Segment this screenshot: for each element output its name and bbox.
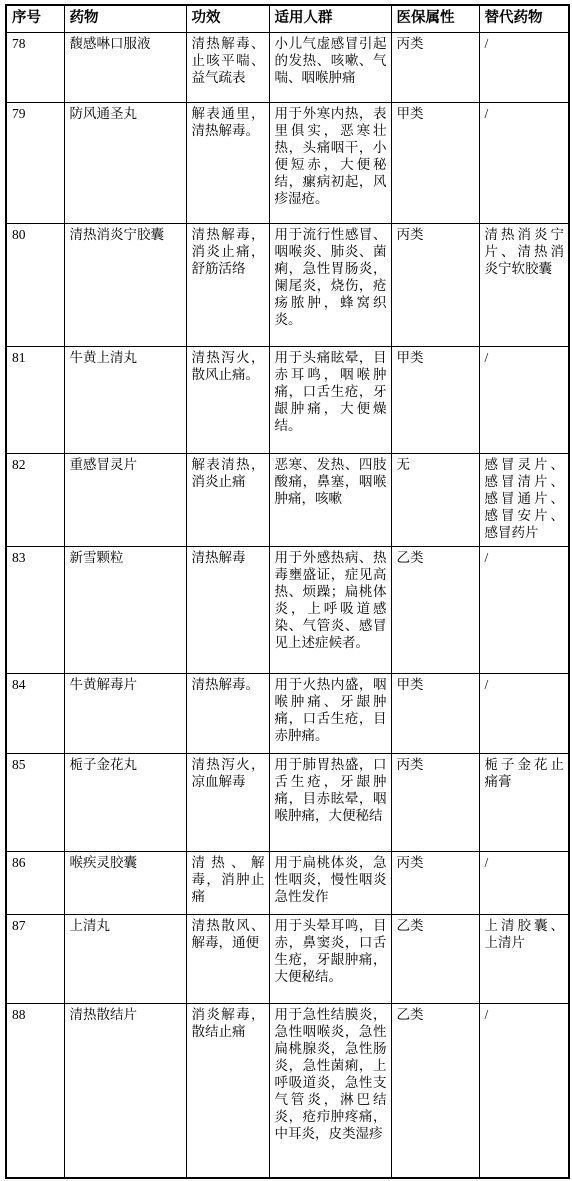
cell-effect: 清热泻火，散风止痛。 (186, 346, 269, 453)
cell-drug-name: 馥感啉口服液 (64, 32, 186, 102)
cell-index: 80 (6, 223, 64, 346)
cell-population: 用于头晕耳鸣，目赤，鼻窦炎，口舌生疮，牙龈肿痛，大便秘结。 (269, 914, 391, 1003)
cell-insurance: 丙类 (391, 223, 479, 346)
cell-effect: 清热解毒，消炎止痛，舒筋活络 (186, 223, 269, 346)
table-row: 88 清热散结片 消炎解毒，散结止痛 用于急性结膜炎，急性咽喉炎，急性扁桃腺炎，… (6, 1003, 569, 1178)
table-row: 79 防风通圣丸 解表通里，清热解毒。 用于外寒内热，表里俱实，恶寒壮热，头痛咽… (6, 102, 569, 223)
cell-substitute: / (479, 673, 569, 753)
cell-drug-name: 喉疾灵胶囊 (64, 851, 186, 914)
column-header-substitute: 替代药物 (479, 5, 569, 32)
header-row: 序号 药物 功效 适用人群 医保属性 替代药物 (6, 5, 569, 32)
cell-index: 81 (6, 346, 64, 453)
cell-index: 82 (6, 453, 64, 546)
cell-insurance: 丙类 (391, 32, 479, 102)
cell-insurance: 甲类 (391, 102, 479, 223)
cell-index: 88 (6, 1003, 64, 1178)
cell-drug-name: 牛黄上清丸 (64, 346, 186, 453)
document-page: 序号 药物 功效 适用人群 医保属性 替代药物 78 馥感啉口服液 清热解毒、止… (0, 0, 572, 1179)
cell-effect: 消炎解毒，散结止痛 (186, 1003, 269, 1178)
cell-drug-name: 上清丸 (64, 914, 186, 1003)
table-row: 87 上清丸 清热散风、解毒，通便 用于头晕耳鸣，目赤，鼻窦炎，口舌生疮，牙龈肿… (6, 914, 569, 1003)
cell-index: 86 (6, 851, 64, 914)
cell-index: 79 (6, 102, 64, 223)
cell-substitute: 上清胶囊、上清片 (479, 914, 569, 1003)
cell-index: 78 (6, 32, 64, 102)
cell-effect: 清热泻火，凉血解毒 (186, 753, 269, 851)
cell-drug-name: 栀子金花丸 (64, 753, 186, 851)
table-row: 86 喉疾灵胶囊 清热、解毒，消肿止痛 用于扁桃体炎，急性咽炎，慢性咽炎急性发作… (6, 851, 569, 914)
table-row: 82 重感冒灵片 解表清热，消炎止痛 恶寒、发热、四肢酸痛，鼻塞，咽喉肿痛，咳嗽… (6, 453, 569, 546)
cell-substitute: 栀子金花止痛膏 (479, 753, 569, 851)
cell-effect: 解表通里，清热解毒。 (186, 102, 269, 223)
cell-substitute: 感冒灵片、感冒清片、感冒通片、感冒安片、感冒药片 (479, 453, 569, 546)
cell-population: 用于外感热病、热毒壅盛证，症见高热、烦躁；扁桃体炎，上呼吸道感染、气管炎、感冒见… (269, 546, 391, 673)
column-header-effect: 功效 (186, 5, 269, 32)
cell-drug-name: 清热散结片 (64, 1003, 186, 1178)
cell-substitute: 清热消炎宁片、清热消炎宁软胶囊 (479, 223, 569, 346)
cell-population: 用于火热内盛，咽喉肿痛、牙龈肿痛，口舌生疮，目赤肿痛。 (269, 673, 391, 753)
cell-effect: 清热解毒。 (186, 673, 269, 753)
table-row: 78 馥感啉口服液 清热解毒、止咳平喘、益气疏表 小儿气虚感冒引起的发热、咳嗽、… (6, 32, 569, 102)
cell-effect: 解表清热，消炎止痛 (186, 453, 269, 546)
cell-drug-name: 新雪颗粒 (64, 546, 186, 673)
cell-substitute: / (479, 851, 569, 914)
cell-substitute: / (479, 346, 569, 453)
cell-insurance: 丙类 (391, 753, 479, 851)
cell-insurance: 无 (391, 453, 479, 546)
table-row: 85 栀子金花丸 清热泻火，凉血解毒 用于肺胃热盛，口舌生疮，牙龈肿痛，目赤眩晕… (6, 753, 569, 851)
cell-effect: 清热解毒、止咳平喘、益气疏表 (186, 32, 269, 102)
cell-population: 用于扁桃体炎，急性咽炎，慢性咽炎急性发作 (269, 851, 391, 914)
table-body: 78 馥感啉口服液 清热解毒、止咳平喘、益气疏表 小儿气虚感冒引起的发热、咳嗽、… (6, 32, 569, 1178)
column-header-insurance: 医保属性 (391, 5, 479, 32)
cell-drug-name: 牛黄解毒片 (64, 673, 186, 753)
table-row: 84 牛黄解毒片 清热解毒。 用于火热内盛，咽喉肿痛、牙龈肿痛，口舌生疮，目赤肿… (6, 673, 569, 753)
cell-substitute: / (479, 546, 569, 673)
cell-population: 恶寒、发热、四肢酸痛，鼻塞，咽喉肿痛，咳嗽 (269, 453, 391, 546)
cell-effect: 清热、解毒，消肿止痛 (186, 851, 269, 914)
cell-drug-name: 清热消炎宁胶囊 (64, 223, 186, 346)
column-header-drug: 药物 (64, 5, 186, 32)
cell-index: 87 (6, 914, 64, 1003)
cell-insurance: 乙类 (391, 1003, 479, 1178)
cell-index: 84 (6, 673, 64, 753)
column-header-index: 序号 (6, 5, 64, 32)
cell-population: 用于急性结膜炎，急性咽喉炎，急性扁桃腺炎，急性肠炎，急性菌痢，上呼吸道炎，急性支… (269, 1003, 391, 1178)
cell-index: 83 (6, 546, 64, 673)
cell-population: 用于外寒内热，表里俱实，恶寒壮热，头痛咽干，小便短赤，大便秘结，瘰病初起，风疹湿… (269, 102, 391, 223)
cell-drug-name: 重感冒灵片 (64, 453, 186, 546)
cell-drug-name: 防风通圣丸 (64, 102, 186, 223)
cell-effect: 清热散风、解毒，通便 (186, 914, 269, 1003)
table-header: 序号 药物 功效 适用人群 医保属性 替代药物 (6, 5, 569, 32)
cell-substitute: / (479, 32, 569, 102)
cell-insurance: 丙类 (391, 851, 479, 914)
cell-substitute: / (479, 102, 569, 223)
table-row: 80 清热消炎宁胶囊 清热解毒，消炎止痛，舒筋活络 用于流行性感冒、咽喉炎、肺炎… (6, 223, 569, 346)
cell-population: 小儿气虚感冒引起的发热、咳嗽、气喘、咽喉肿痛 (269, 32, 391, 102)
cell-insurance: 甲类 (391, 673, 479, 753)
medicine-table: 序号 药物 功效 适用人群 医保属性 替代药物 78 馥感啉口服液 清热解毒、止… (5, 4, 570, 1179)
cell-population: 用于肺胃热盛，口舌生疮，牙龈肿痛，目赤眩晕，咽喉肿痛，大便秘结 (269, 753, 391, 851)
cell-insurance: 乙类 (391, 546, 479, 673)
column-header-population: 适用人群 (269, 5, 391, 32)
cell-substitute: / (479, 1003, 569, 1178)
cell-population: 用于头痛眩晕，目赤耳鸣，咽喉肿痛，口舌生疮，牙龈肿痛，大便燥结。 (269, 346, 391, 453)
table-row: 83 新雪颗粒 清热解毒 用于外感热病、热毒壅盛证，症见高热、烦躁；扁桃体炎，上… (6, 546, 569, 673)
cell-insurance: 乙类 (391, 914, 479, 1003)
cell-insurance: 甲类 (391, 346, 479, 453)
cell-population: 用于流行性感冒、咽喉炎、肺炎、菌痢，急性胃肠炎，阑尾炎，烧伤，疮疡脓肿，蜂窝织炎… (269, 223, 391, 346)
cell-index: 85 (6, 753, 64, 851)
table-row: 81 牛黄上清丸 清热泻火，散风止痛。 用于头痛眩晕，目赤耳鸣，咽喉肿痛，口舌生… (6, 346, 569, 453)
cell-effect: 清热解毒 (186, 546, 269, 673)
